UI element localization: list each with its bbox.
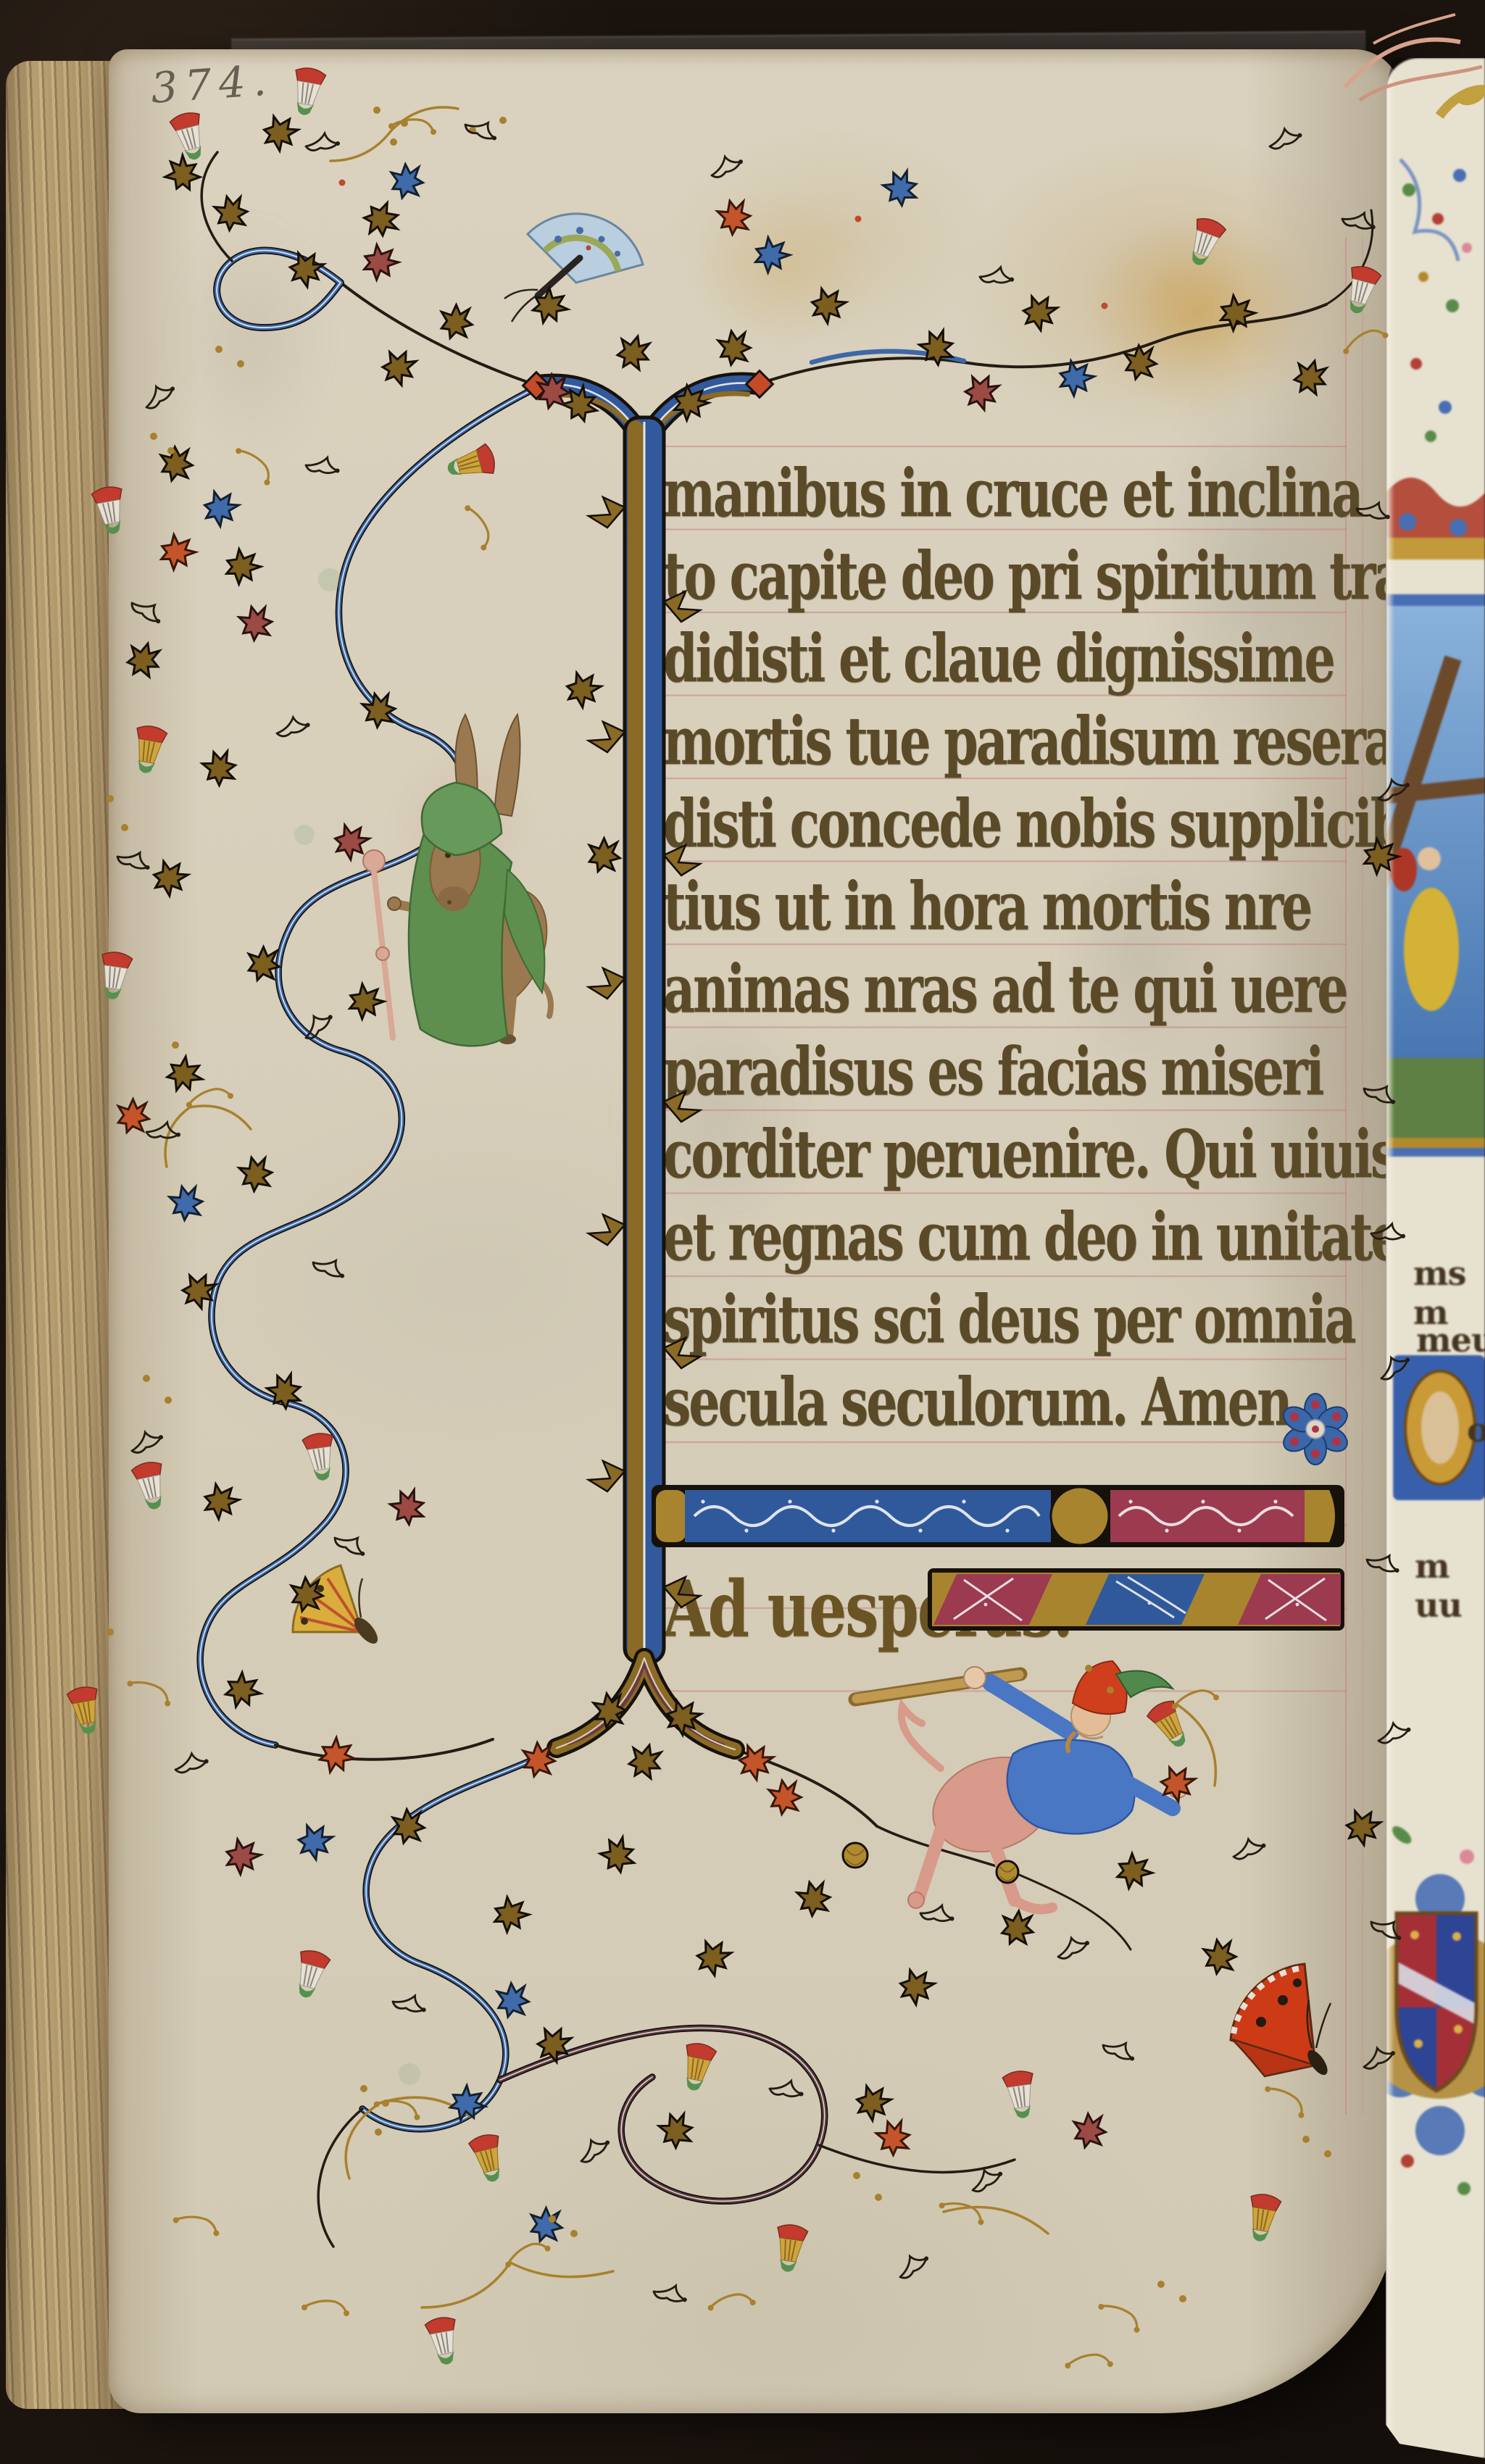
miniature-fragment [1386,606,1485,1157]
rubric-ad-vesperas: Ad uesperas. [663,1562,1072,1657]
facing-page-sliver: ms m meu o m uu [1386,58,1485,2458]
text-block: manibus in cruce et inclina to capite de… [663,446,1359,1438]
folio-number: 374. [149,55,275,113]
manuscript-photo: 374. manibus in cruce et inclina to capi… [0,0,1485,2464]
facing-text-fragment: meu [1416,1320,1485,1360]
manuscript-page: 374. manibus in cruce et inclina to capi… [109,49,1400,2413]
page-edge-highlight [1386,58,1394,2458]
text-line: secula seculorum. Amen. [663,1355,1359,1465]
coat-of-arms [1386,1823,1485,2195]
facing-text-fragment: o [1467,1410,1485,1449]
facing-text-fragment: m uu [1415,1547,1485,1625]
floral-border-band [1400,159,1472,442]
acanthus-band [1386,478,1485,606]
